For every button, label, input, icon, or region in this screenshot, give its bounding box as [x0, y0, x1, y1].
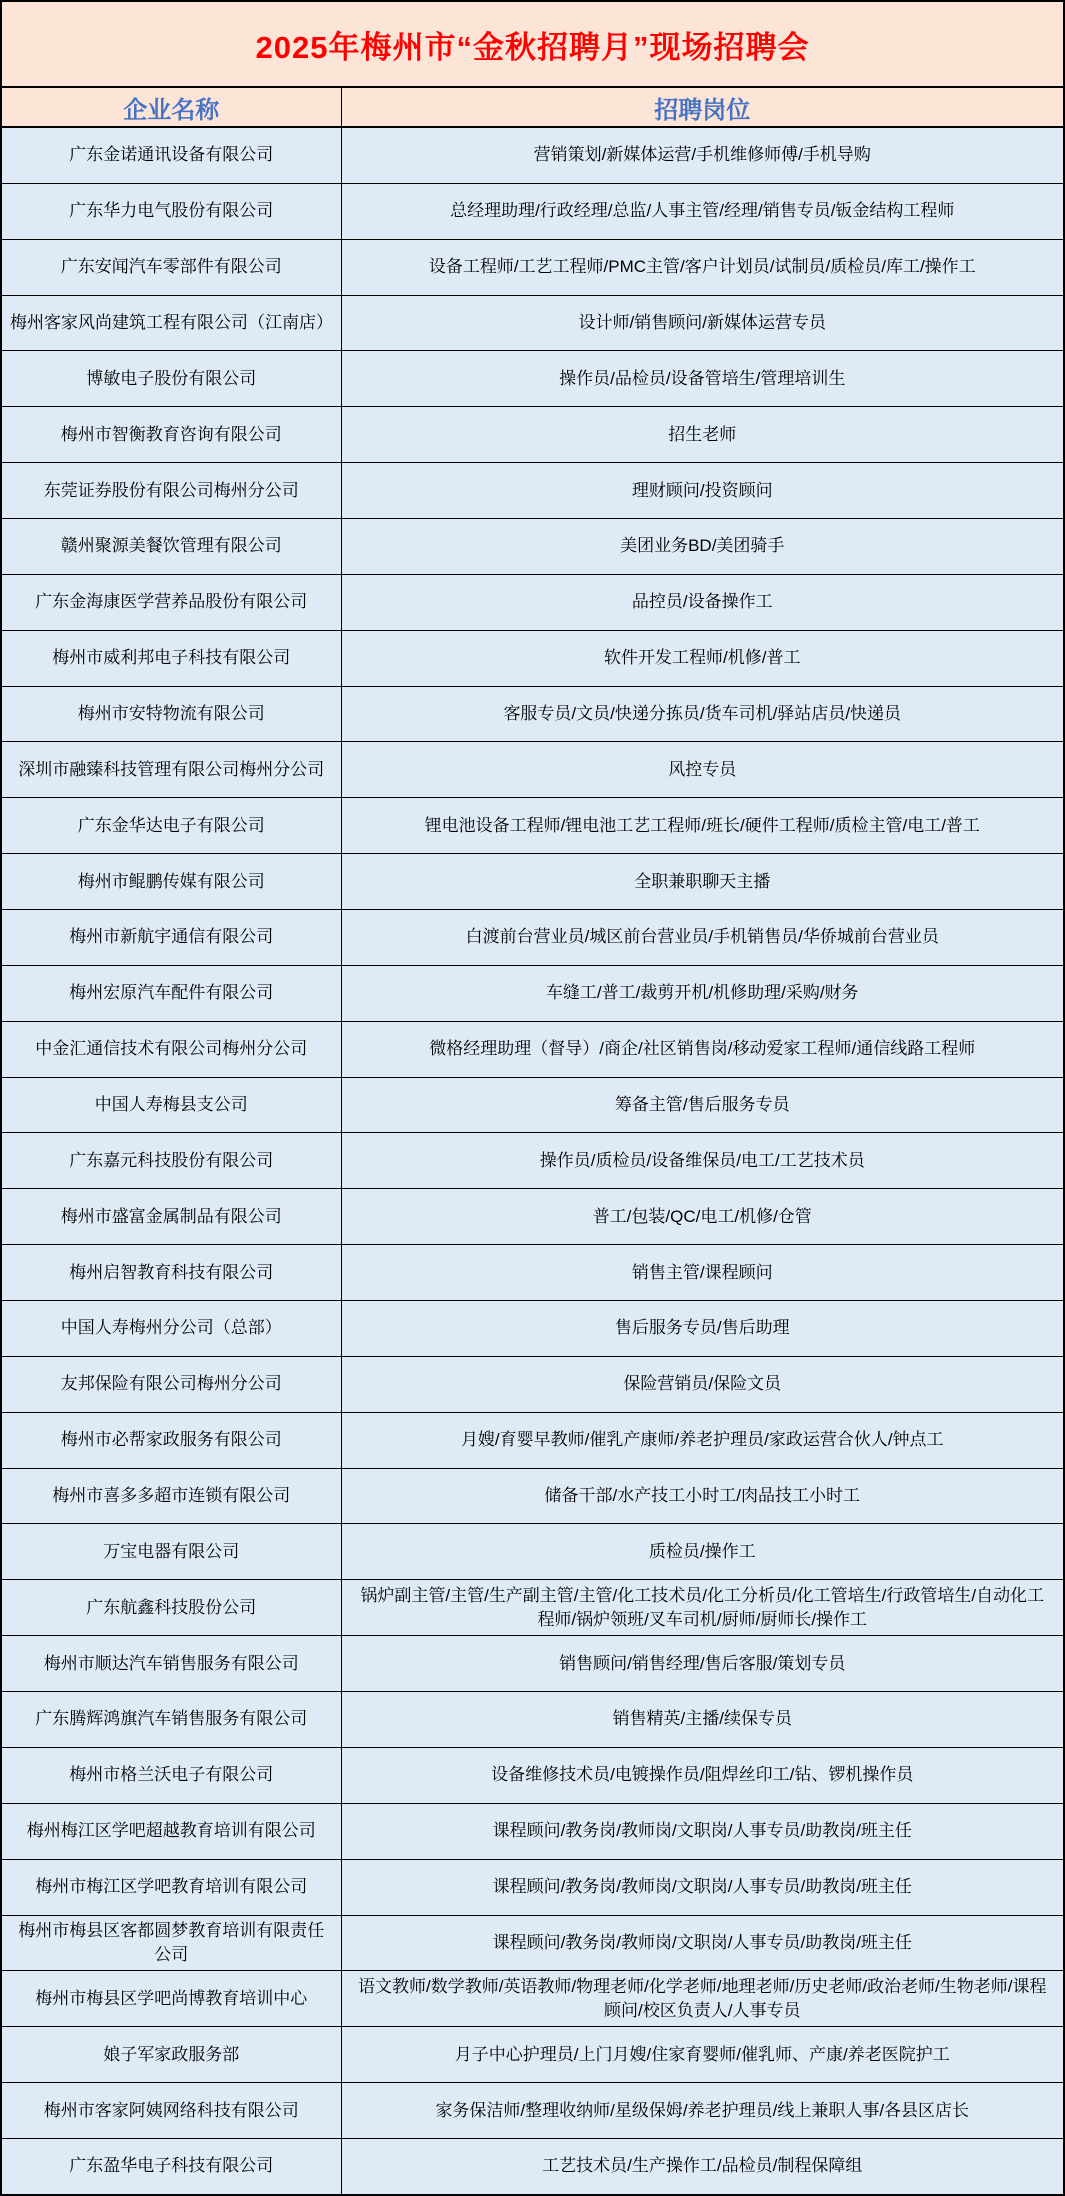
positions-cell: 客服专员/文员/快递分拣员/货车司机/驿站店员/快递员: [342, 687, 1063, 742]
positions-cell: 营销策划/新媒体运营/手机维修师傅/手机导购: [342, 128, 1063, 183]
company-cell: 梅州市喜多多超市连锁有限公司: [2, 1469, 342, 1524]
table-row: 中国人寿梅县支公司筹备主管/售后服务专员: [2, 1078, 1063, 1134]
positions-cell: 招生老师: [342, 407, 1063, 462]
table-row: 梅州市智衡教育咨询有限公司招生老师: [2, 407, 1063, 463]
table-row: 梅州启智教育科技有限公司销售主管/课程顾问: [2, 1245, 1063, 1301]
table-row: 万宝电器有限公司质检员/操作工: [2, 1524, 1063, 1580]
table-row: 广东腾辉鸿旗汽车销售服务有限公司销售精英/主播/续保专员: [2, 1692, 1063, 1748]
table-row: 梅州宏原汽车配件有限公司车缝工/普工/裁剪开机/机修助理/采购/财务: [2, 966, 1063, 1022]
table-row: 梅州市梅县区学吧尚博教育培训中心语文教师/数学教师/英语教师/物理老师/化学老师…: [2, 1971, 1063, 2027]
table-row: 梅州市鲲鹏传媒有限公司全职兼职聊天主播: [2, 854, 1063, 910]
column-header-positions: 招聘岗位: [342, 88, 1063, 126]
company-cell: 中国人寿梅州分公司（总部）: [2, 1301, 342, 1356]
company-cell: 梅州市鲲鹏传媒有限公司: [2, 854, 342, 909]
positions-cell: 车缝工/普工/裁剪开机/机修助理/采购/财务: [342, 966, 1063, 1021]
positions-cell: 软件开发工程师/机修/普工: [342, 631, 1063, 686]
table-row: 广东嘉元科技股份有限公司操作员/质检员/设备维保员/电工/工艺技术员: [2, 1133, 1063, 1189]
positions-cell: 工艺技术员/生产操作工/品检员/制程保障组: [342, 2139, 1063, 2194]
company-cell: 博敏电子股份有限公司: [2, 351, 342, 406]
table-row: 深圳市融臻科技管理有限公司梅州分公司风控专员: [2, 742, 1063, 798]
company-cell: 广东腾辉鸿旗汽车销售服务有限公司: [2, 1692, 342, 1747]
company-cell: 梅州梅江区学吧超越教育培训有限公司: [2, 1804, 342, 1859]
column-header-company: 企业名称: [2, 88, 342, 126]
positions-cell: 理财顾问/投资顾问: [342, 463, 1063, 518]
table-row: 梅州市梅县区客都圆梦教育培训有限责任公司课程顾问/教务岗/教师岗/文职岗/人事专…: [2, 1916, 1063, 1972]
company-cell: 万宝电器有限公司: [2, 1524, 342, 1579]
positions-cell: 设备维修技术员/电镀操作员/阻焊丝印工/钻、锣机操作员: [342, 1748, 1063, 1803]
positions-cell: 销售精英/主播/续保专员: [342, 1692, 1063, 1747]
company-cell: 东莞证券股份有限公司梅州分公司: [2, 463, 342, 518]
positions-cell: 筹备主管/售后服务专员: [342, 1078, 1063, 1133]
company-cell: 梅州市盛富金属制品有限公司: [2, 1189, 342, 1244]
table-row: 梅州市必帮家政服务有限公司月嫂/育婴早教师/催乳产康师/养老护理员/家政运营合伙…: [2, 1413, 1063, 1469]
company-cell: 友邦保险有限公司梅州分公司: [2, 1357, 342, 1412]
table-row: 梅州市盛富金属制品有限公司普工/包装/QC/电工/机修/仓管: [2, 1189, 1063, 1245]
table-row: 梅州客家风尚建筑工程有限公司（江南店）设计师/销售顾问/新媒体运营专员: [2, 296, 1063, 352]
company-cell: 广东华力电气股份有限公司: [2, 184, 342, 239]
table-row: 中国人寿梅州分公司（总部）售后服务专员/售后助理: [2, 1301, 1063, 1357]
table-row: 博敏电子股份有限公司操作员/品检员/设备管培生/管理培训生: [2, 351, 1063, 407]
positions-cell: 白渡前台营业员/城区前台营业员/手机销售员/华侨城前台营业员: [342, 910, 1063, 965]
table-row: 广东华力电气股份有限公司总经理助理/行政经理/总监/人事主管/经理/销售专员/钣…: [2, 184, 1063, 240]
company-cell: 梅州市智衡教育咨询有限公司: [2, 407, 342, 462]
positions-cell: 销售顾问/销售经理/售后客服/策划专员: [342, 1636, 1063, 1691]
company-cell: 广东安闻汽车零部件有限公司: [2, 240, 342, 295]
table-header: 企业名称 招聘岗位: [2, 88, 1063, 128]
positions-cell: 设备工程师/工艺工程师/PMC主管/客户计划员/试制员/质检员/库工/操作工: [342, 240, 1063, 295]
table-row: 梅州市威利邦电子科技有限公司软件开发工程师/机修/普工: [2, 631, 1063, 687]
table-row: 广东盈华电子科技有限公司工艺技术员/生产操作工/品检员/制程保障组: [2, 2139, 1063, 2194]
table-row: 友邦保险有限公司梅州分公司保险营销员/保险文员: [2, 1357, 1063, 1413]
positions-cell: 设计师/销售顾问/新媒体运营专员: [342, 296, 1063, 351]
company-cell: 梅州市威利邦电子科技有限公司: [2, 631, 342, 686]
page-title: 2025年梅州市“金秋招聘月”现场招聘会: [256, 22, 810, 67]
table-row: 广东金华达电子有限公司锂电池设备工程师/锂电池工艺工程师/班长/硬件工程师/质检…: [2, 798, 1063, 854]
positions-cell: 课程顾问/教务岗/教师岗/文职岗/人事专员/助教岗/班主任: [342, 1804, 1063, 1859]
company-cell: 广东盈华电子科技有限公司: [2, 2139, 342, 2194]
title-banner: 2025年梅州市“金秋招聘月”现场招聘会: [2, 2, 1063, 88]
company-cell: 深圳市融臻科技管理有限公司梅州分公司: [2, 742, 342, 797]
positions-cell: 锂电池设备工程师/锂电池工艺工程师/班长/硬件工程师/质检主管/电工/普工: [342, 798, 1063, 853]
table-row: 中金汇通信技术有限公司梅州分公司微格经理助理（督导）/商企/社区销售岗/移动爱家…: [2, 1022, 1063, 1078]
table-row: 梅州市顺达汽车销售服务有限公司销售顾问/销售经理/售后客服/策划专员: [2, 1636, 1063, 1692]
positions-cell: 售后服务专员/售后助理: [342, 1301, 1063, 1356]
positions-cell: 操作员/质检员/设备维保员/电工/工艺技术员: [342, 1133, 1063, 1188]
company-cell: 梅州市新航宇通信有限公司: [2, 910, 342, 965]
positions-cell: 锅炉副主管/主管/生产副主管/主管/化工技术员/化工分析员/化工管培生/行政管培…: [342, 1580, 1063, 1635]
positions-cell: 课程顾问/教务岗/教师岗/文职岗/人事专员/助教岗/班主任: [342, 1860, 1063, 1915]
table-row: 广东安闻汽车零部件有限公司设备工程师/工艺工程师/PMC主管/客户计划员/试制员…: [2, 240, 1063, 296]
positions-cell: 品控员/设备操作工: [342, 575, 1063, 630]
positions-cell: 语文教师/数学教师/英语教师/物理老师/化学老师/地理老师/历史老师/政治老师/…: [342, 1971, 1063, 2026]
table-row: 广东金海康医学营养品股份有限公司品控员/设备操作工: [2, 575, 1063, 631]
table-row: 梅州市梅江区学吧教育培训有限公司课程顾问/教务岗/教师岗/文职岗/人事专员/助教…: [2, 1860, 1063, 1916]
company-cell: 广东航鑫科技股份公司: [2, 1580, 342, 1635]
positions-cell: 操作员/品检员/设备管培生/管理培训生: [342, 351, 1063, 406]
company-cell: 梅州市安特物流有限公司: [2, 687, 342, 742]
table-row: 广东航鑫科技股份公司锅炉副主管/主管/生产副主管/主管/化工技术员/化工分析员/…: [2, 1580, 1063, 1636]
company-cell: 梅州启智教育科技有限公司: [2, 1245, 342, 1300]
company-cell: 广东金华达电子有限公司: [2, 798, 342, 853]
table-row: 梅州市新航宇通信有限公司白渡前台营业员/城区前台营业员/手机销售员/华侨城前台营…: [2, 910, 1063, 966]
table-row: 梅州市安特物流有限公司客服专员/文员/快递分拣员/货车司机/驿站店员/快递员: [2, 687, 1063, 743]
company-cell: 梅州市格兰沃电子有限公司: [2, 1748, 342, 1803]
job-fair-table: 2025年梅州市“金秋招聘月”现场招聘会 企业名称 招聘岗位 广东金诺通讯设备有…: [0, 0, 1065, 2196]
table-row: 梅州梅江区学吧超越教育培训有限公司课程顾问/教务岗/教师岗/文职岗/人事专员/助…: [2, 1804, 1063, 1860]
positions-cell: 微格经理助理（督导）/商企/社区销售岗/移动爱家工程师/通信线路工程师: [342, 1022, 1063, 1077]
company-cell: 广东金诺通讯设备有限公司: [2, 128, 342, 183]
company-cell: 梅州市梅县区学吧尚博教育培训中心: [2, 1971, 342, 2026]
positions-cell: 风控专员: [342, 742, 1063, 797]
table-row: 东莞证券股份有限公司梅州分公司理财顾问/投资顾问: [2, 463, 1063, 519]
company-cell: 广东嘉元科技股份有限公司: [2, 1133, 342, 1188]
company-cell: 赣州聚源美餐饮管理有限公司: [2, 519, 342, 574]
company-cell: 中金汇通信技术有限公司梅州分公司: [2, 1022, 342, 1077]
positions-cell: 全职兼职聊天主播: [342, 854, 1063, 909]
positions-cell: 家务保洁师/整理收纳师/星级保姆/养老护理员/线上兼职人事/各县区店长: [342, 2083, 1063, 2138]
positions-cell: 课程顾问/教务岗/教师岗/文职岗/人事专员/助教岗/班主任: [342, 1916, 1063, 1971]
company-cell: 梅州市必帮家政服务有限公司: [2, 1413, 342, 1468]
company-cell: 娘子军家政服务部: [2, 2027, 342, 2082]
positions-cell: 美团业务BD/美团骑手: [342, 519, 1063, 574]
positions-cell: 总经理助理/行政经理/总监/人事主管/经理/销售专员/钣金结构工程师: [342, 184, 1063, 239]
company-cell: 梅州市梅江区学吧教育培训有限公司: [2, 1860, 342, 1915]
table-row: 梅州市客家阿姨网络科技有限公司家务保洁师/整理收纳师/星级保姆/养老护理员/线上…: [2, 2083, 1063, 2139]
company-cell: 梅州市客家阿姨网络科技有限公司: [2, 2083, 342, 2138]
positions-cell: 质检员/操作工: [342, 1524, 1063, 1579]
table-row: 梅州市喜多多超市连锁有限公司储备干部/水产技工小时工/肉品技工小时工: [2, 1469, 1063, 1525]
positions-cell: 普工/包装/QC/电工/机修/仓管: [342, 1189, 1063, 1244]
positions-cell: 月子中心护理员/上门月嫂/住家育婴师/催乳师、产康/养老医院护工: [342, 2027, 1063, 2082]
table-row: 赣州聚源美餐饮管理有限公司美团业务BD/美团骑手: [2, 519, 1063, 575]
company-cell: 梅州宏原汽车配件有限公司: [2, 966, 342, 1021]
company-cell: 广东金海康医学营养品股份有限公司: [2, 575, 342, 630]
positions-cell: 保险营销员/保险文员: [342, 1357, 1063, 1412]
table-row: 广东金诺通讯设备有限公司营销策划/新媒体运营/手机维修师傅/手机导购: [2, 128, 1063, 184]
table-row: 娘子军家政服务部月子中心护理员/上门月嫂/住家育婴师/催乳师、产康/养老医院护工: [2, 2027, 1063, 2083]
positions-cell: 销售主管/课程顾问: [342, 1245, 1063, 1300]
company-cell: 中国人寿梅县支公司: [2, 1078, 342, 1133]
company-cell: 梅州客家风尚建筑工程有限公司（江南店）: [2, 296, 342, 351]
table-row: 梅州市格兰沃电子有限公司设备维修技术员/电镀操作员/阻焊丝印工/钻、锣机操作员: [2, 1748, 1063, 1804]
table-body: 广东金诺通讯设备有限公司营销策划/新媒体运营/手机维修师傅/手机导购广东华力电气…: [2, 128, 1063, 2194]
positions-cell: 月嫂/育婴早教师/催乳产康师/养老护理员/家政运营合伙人/钟点工: [342, 1413, 1063, 1468]
positions-cell: 储备干部/水产技工小时工/肉品技工小时工: [342, 1469, 1063, 1524]
company-cell: 梅州市梅县区客都圆梦教育培训有限责任公司: [2, 1916, 342, 1971]
company-cell: 梅州市顺达汽车销售服务有限公司: [2, 1636, 342, 1691]
